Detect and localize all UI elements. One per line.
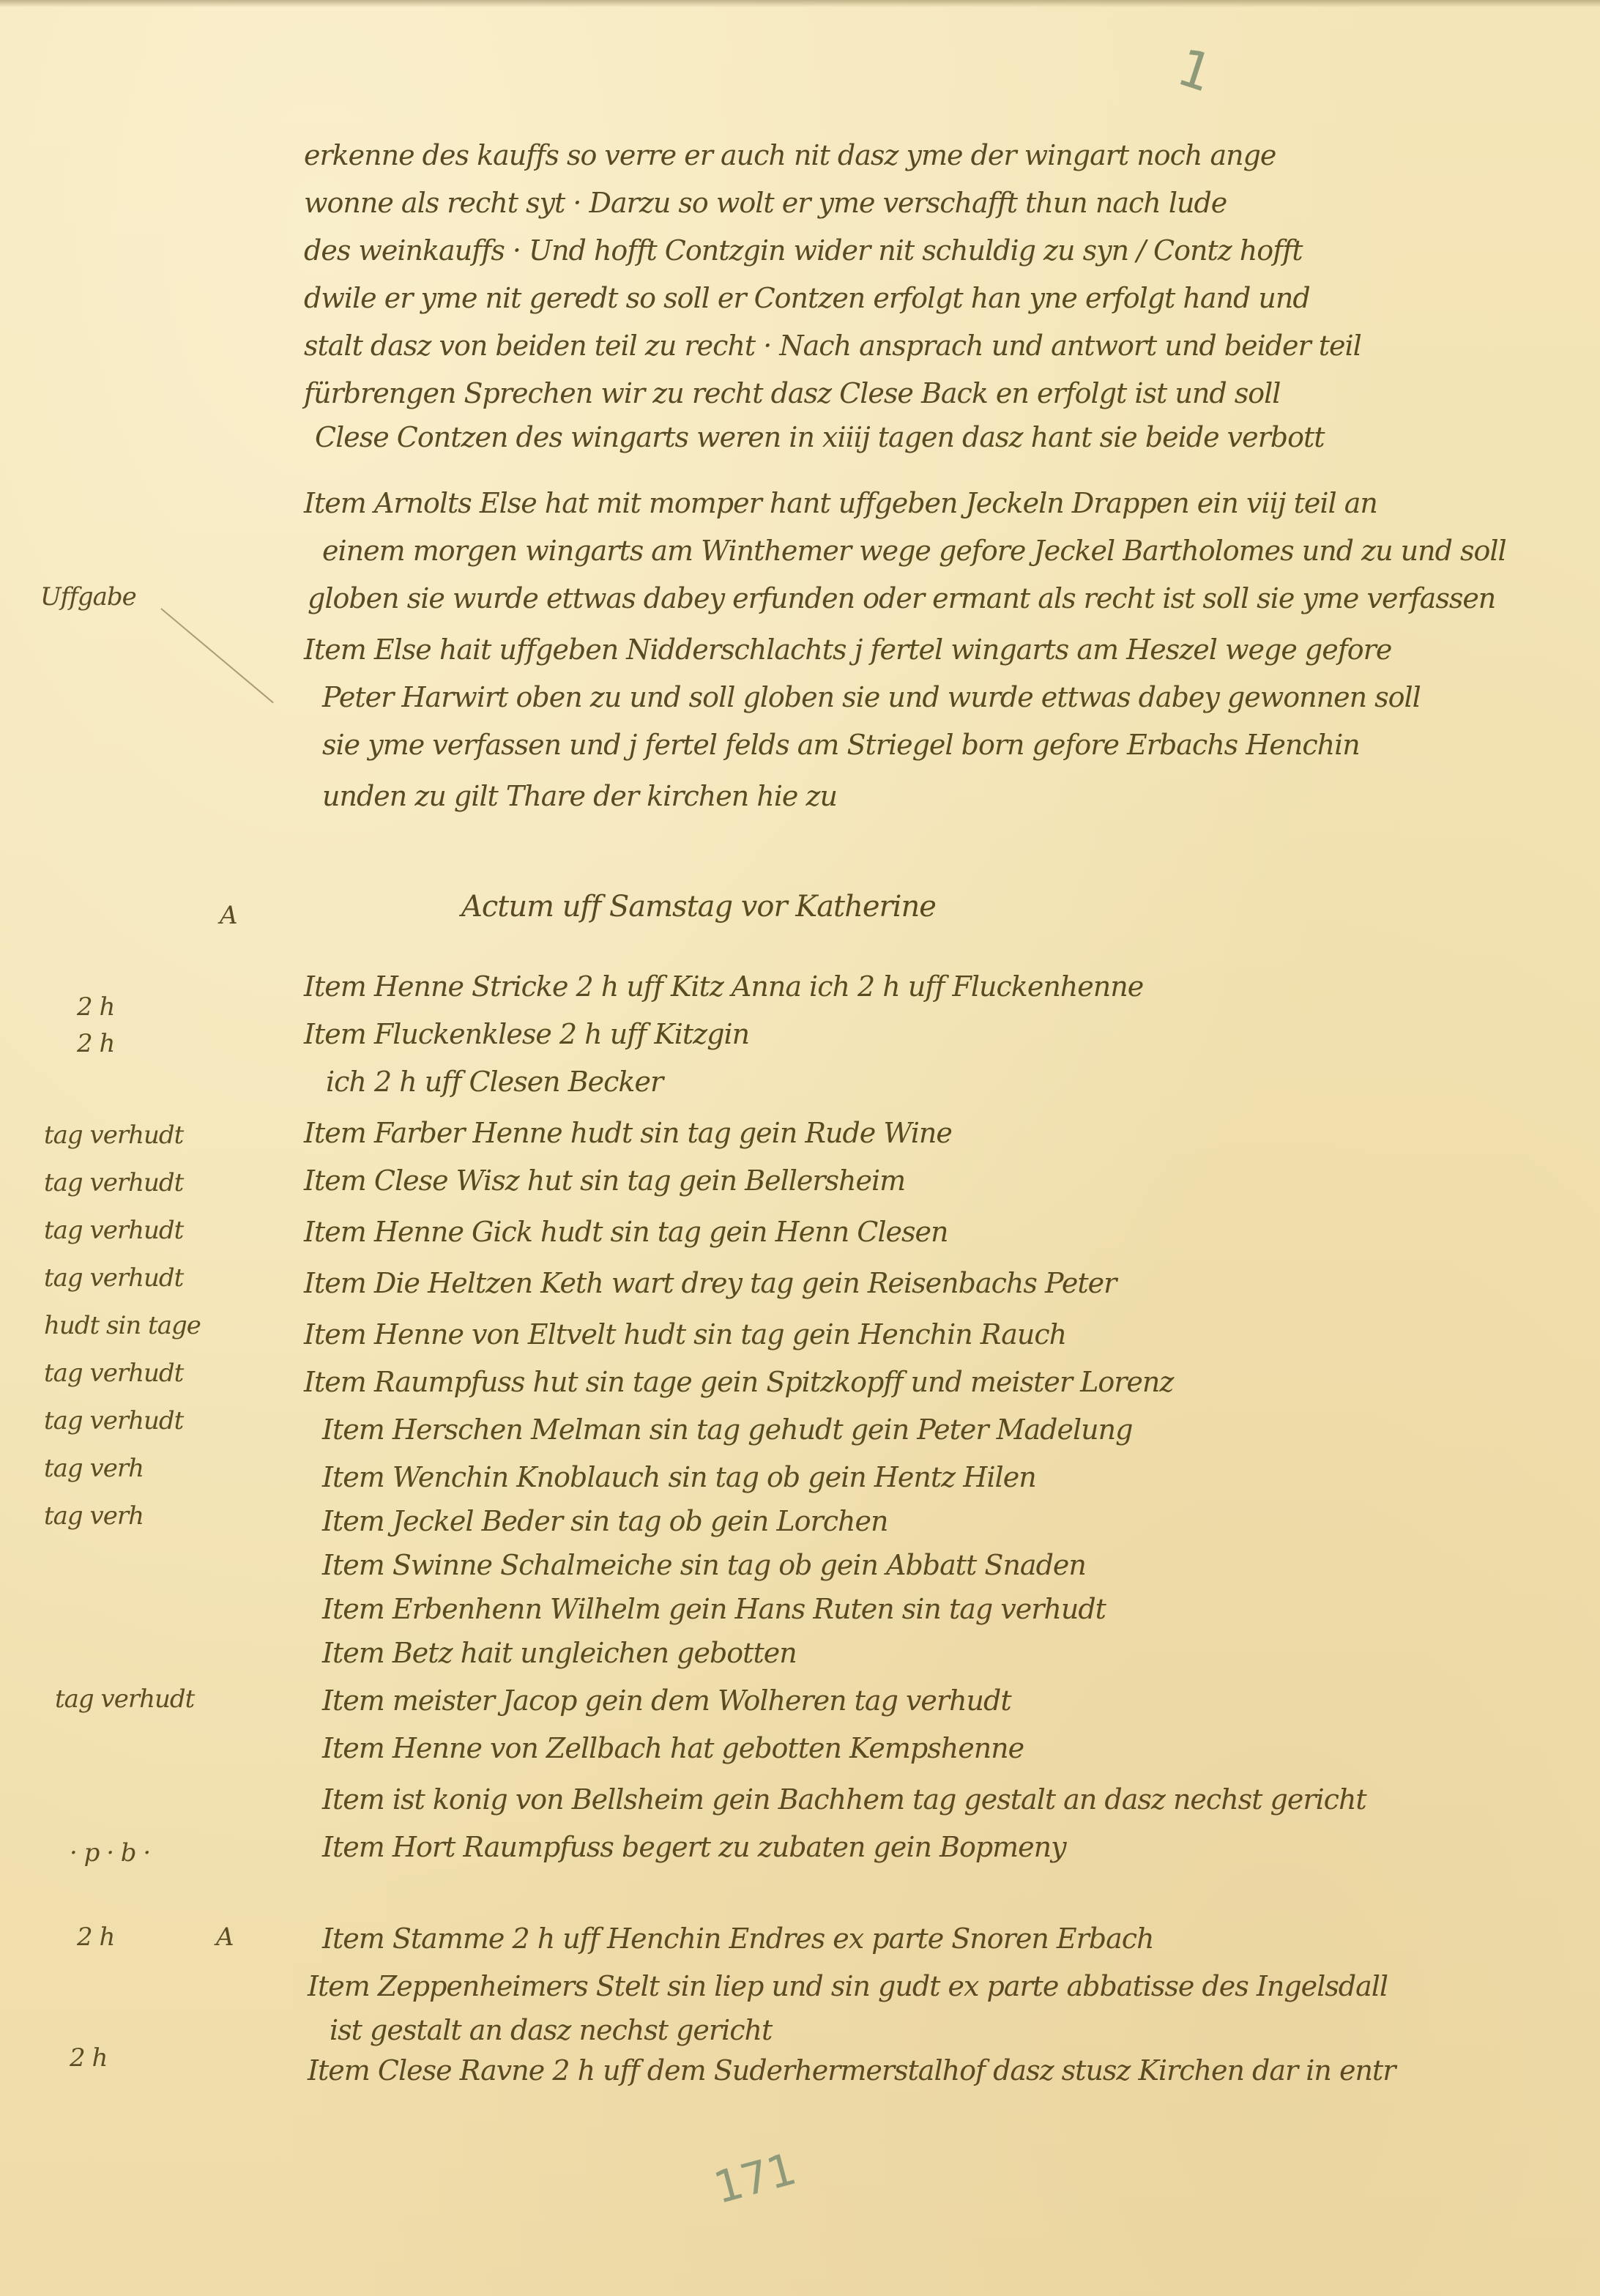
- margin-note: tag verhudt: [44, 1168, 183, 1197]
- list-item: Item ist konig von Bellsheim gein Bachhe…: [322, 1783, 1366, 1816]
- text-line: unden zu gilt Thare der kirchen hie zu: [322, 780, 837, 812]
- list-item: Item Clese Ravne 2 h uff dem Suderhermer…: [308, 2054, 1395, 2087]
- list-item: ich 2 h uff Clesen Becker: [326, 1066, 663, 1098]
- text-line: einem morgen wingarts am Winthemer wege …: [322, 535, 1506, 567]
- section-heading: Actum uff Samstag vor Katherine: [461, 890, 936, 924]
- list-item: Item Raumpfuss hut sin tage gein Spitzko…: [304, 1366, 1173, 1398]
- list-item: Item Zeppenheimers Stelt sin liep und si…: [308, 1970, 1388, 2002]
- margin-note: tag verh: [44, 1454, 144, 1483]
- margin-note: tag verhudt: [44, 1216, 183, 1245]
- text-line: Item Else hait uffgeben Nidderschlachts …: [304, 634, 1391, 666]
- text-line: globen sie wurde ettwas dabey erfunden o…: [308, 582, 1495, 614]
- entry-mark: A: [216, 1922, 234, 1952]
- text-line: stalt dasz von beiden teil zu recht · Na…: [304, 330, 1361, 362]
- margin-note: tag verh: [44, 1501, 144, 1531]
- text-line: dwile er yme nit geredt so soll er Contz…: [304, 282, 1310, 314]
- margin-note: tag verhudt: [55, 1684, 194, 1714]
- list-item: Item Henne von Zellbach hat gebotten Kem…: [322, 1732, 1024, 1764]
- margin-note: tag verhudt: [44, 1121, 183, 1150]
- text-line: des weinkauffs · Und hofft Contzgin wide…: [304, 234, 1303, 267]
- list-item: Item Herschen Melman sin tag gehudt gein…: [322, 1413, 1132, 1446]
- margin-note: tag verhudt: [44, 1359, 183, 1388]
- list-item: Item Farber Henne hudt sin tag gein Rude…: [304, 1117, 952, 1149]
- list-item: Item Jeckel Beder sin tag ob gein Lorche…: [322, 1505, 888, 1537]
- list-item: Item Swinne Schalmeiche sin tag ob gein …: [322, 1549, 1086, 1581]
- margin-note: tag verhudt: [44, 1263, 183, 1293]
- margin-note: 2 h: [70, 2043, 107, 2073]
- margin-note: · p · b ·: [70, 1838, 150, 1868]
- list-item: Item Clese Wisz hut sin tag gein Bellers…: [304, 1164, 905, 1197]
- margin-note: 2 h: [77, 992, 114, 1022]
- margin-note: 2 h: [77, 1922, 114, 1952]
- margin-note: 2 h: [77, 1029, 114, 1058]
- text-line: erkenne des kauffs so verre er auch nit …: [304, 139, 1276, 171]
- list-item: Item meister Jacop gein dem Wolheren tag…: [322, 1684, 1011, 1717]
- list-item: Item Henne Stricke 2 h uff Kitz Anna ich…: [304, 970, 1143, 1003]
- text-line: Clese Contzen des wingarts weren in xiii…: [315, 421, 1325, 453]
- list-item: ist gestalt an dasz nechst gericht: [330, 2014, 772, 2046]
- list-item: Item Stamme 2 h uff Henchin Endres ex pa…: [322, 1922, 1154, 1955]
- list-item: Item Die Heltzen Keth wart drey tag gein…: [304, 1267, 1116, 1299]
- list-item: Item Fluckenklese 2 h uff Kitzgin: [304, 1018, 749, 1050]
- list-item: Item Erbenhenn Wilhelm gein Hans Ruten s…: [322, 1593, 1106, 1625]
- text-line: fürbrengen Sprechen wir zu recht dasz Cl…: [304, 377, 1280, 409]
- text-line: Item Arnolts Else hat mit momper hant uf…: [304, 487, 1377, 519]
- list-item: Item Henne von Eltvelt hudt sin tag gein…: [304, 1318, 1066, 1351]
- list-item: Item Henne Gick hudt sin tag gein Henn C…: [304, 1216, 948, 1248]
- list-item: Item Hort Raumpfuss begert zu zubaten ge…: [322, 1831, 1066, 1863]
- margin-label-uffgabe: Uffgabe: [40, 582, 136, 612]
- heading-mark: A: [220, 901, 237, 930]
- list-item: Item Betz hait ungleichen gebotten: [322, 1637, 797, 1669]
- page-top-edge: [0, 0, 1600, 7]
- text-line: Peter Harwirt oben zu und soll globen si…: [322, 681, 1421, 713]
- text-line: wonne als recht syt · Darzu so wolt er y…: [304, 187, 1227, 219]
- text-line: sie yme verfassen und j fertel felds am …: [322, 729, 1360, 761]
- margin-note: hudt sin tage: [44, 1311, 201, 1340]
- list-item: Item Wenchin Knoblauch sin tag ob gein H…: [322, 1461, 1036, 1493]
- margin-note: tag verhudt: [44, 1406, 183, 1435]
